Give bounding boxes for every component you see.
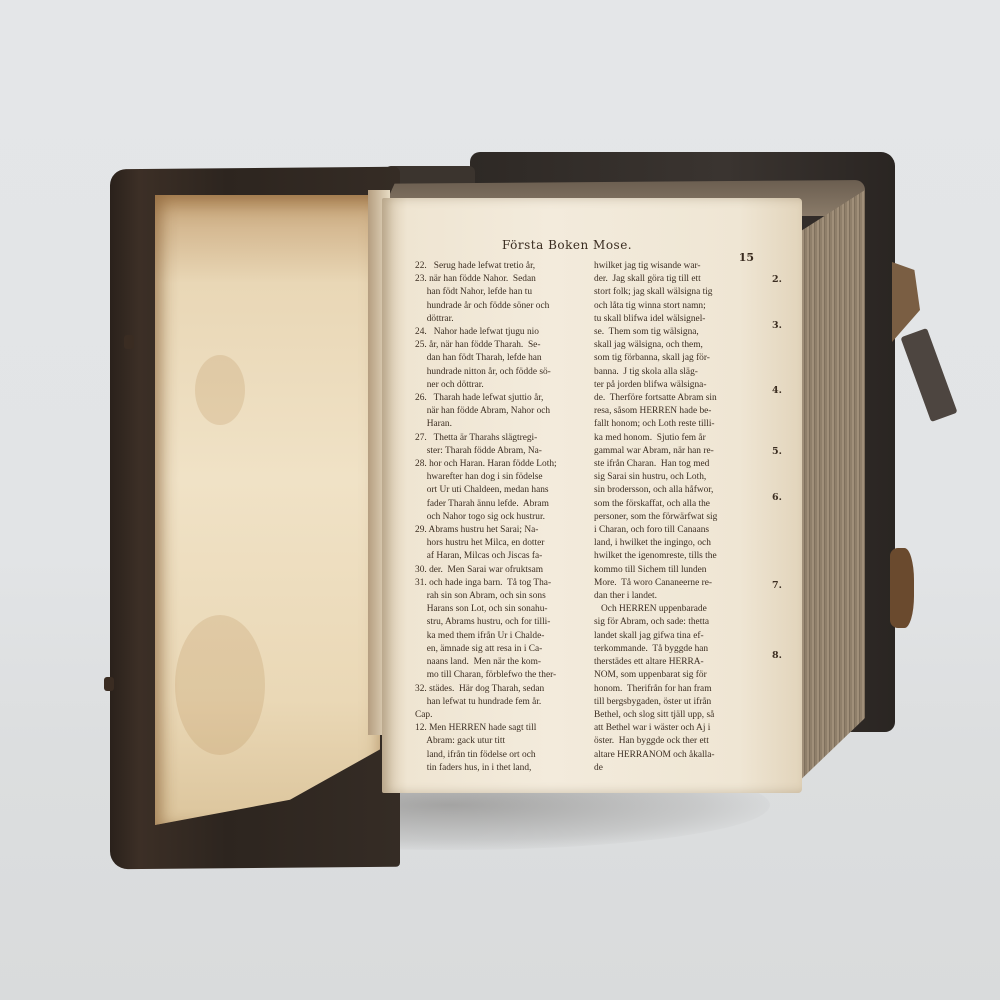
text-line: honom. Therifrån for han fram [594, 683, 769, 696]
text-line: terkommande. Tå byggde han [594, 643, 769, 656]
text-line: 23. när han födde Nahor. Sedan [415, 273, 590, 286]
text-line: land, ifrån tin födelse ort och [415, 749, 590, 762]
front-endpaper [155, 195, 380, 825]
text-line: Abram: gack utur titt [415, 735, 590, 748]
text-line: rah sin son Abram, och sin sons [415, 590, 590, 603]
text-line: Och HERREN uppenbarade [594, 603, 769, 616]
text-line: 26. Tharah hade lefwat sjuttio år, [415, 392, 590, 405]
text-line: 32. städes. Här dog Tharah, sedan [415, 683, 590, 696]
text-line: ster: Tharah födde Abram, Na- [415, 445, 590, 458]
text-line: NOM, som uppenbarat sig för [594, 669, 769, 682]
upper-clasp-tail [900, 328, 957, 422]
text-line: hwilket jag tig wisande war- [594, 260, 769, 273]
text-line: 27. Thetta är Tharahs slägtregi- [415, 432, 590, 445]
text-line: se. Them som tig wälsigna, [594, 326, 769, 339]
text-line: 28. hor och Haran. Haran födde Loth; [415, 458, 590, 471]
hinge-pin-icon [124, 335, 134, 349]
text-line: 12. Men HERREN hade sagt till [415, 722, 590, 735]
text-line: döttrar. [415, 313, 590, 326]
text-line: personer, som the förwärfwat sig [594, 511, 769, 524]
text-line: tu skall blifwa idel wälsignel- [594, 313, 769, 326]
text-line: altare HERRANOM och åkalla- [594, 749, 769, 762]
verse-number: 8. [772, 650, 782, 661]
text-line: i Charan, och foro till Canaans [594, 524, 769, 537]
text-line: sig för Abram, och sade: thetta [594, 616, 769, 629]
text-line: stort folk; jag skall wälsigna tig [594, 286, 769, 299]
text-line: resa, såsom HERREN hade be- [594, 405, 769, 418]
text-line: stru, Abrams hustru, och for tilli- [415, 616, 590, 629]
text-line: naans land. Men när the kom- [415, 656, 590, 669]
text-line: ter på jorden blifwa wälsigna- [594, 379, 769, 392]
text-line: hors hustru het Milca, en dotter [415, 537, 590, 550]
text-line: ka med them ifrån Ur i Chalde- [415, 630, 590, 643]
text-line: 25. år, när han födde Tharah. Se- [415, 339, 590, 352]
text-line: land, i hwilket the ingingo, och [594, 537, 769, 550]
text-line: af Haran, Milcas och Jiscas fa- [415, 550, 590, 563]
text-line: Cap. [415, 709, 590, 722]
text-line: gammal war Abram, när han re- [594, 445, 769, 458]
text-line: tin faders hus, in i thet land, [415, 762, 590, 775]
text-line: och Nahor togo sig ock hustrur. [415, 511, 590, 524]
foxing-stain [175, 615, 265, 755]
running-head: Första Boken Mose. [502, 238, 632, 252]
text-line: hundrade år och födde söner och [415, 300, 590, 313]
text-line: som the förskaffat, och alla the [594, 498, 769, 511]
text-line: Bethel, och slog sitt tjäll upp, så [594, 709, 769, 722]
text-line: fader Tharah ännu lefde. Abram [415, 498, 590, 511]
text-line: banna. J tig skola alla släg- [594, 366, 769, 379]
text-line: ste ifrån Charan. Han tog med [594, 458, 769, 471]
text-line: 22. Serug hade lefwat tretio år, [415, 260, 590, 273]
text-line: landet skall jag gifwa tina ef- [594, 630, 769, 643]
text-line: sig Sarai sin hustru, och Loth, [594, 471, 769, 484]
text-line: Haran. [415, 418, 590, 431]
text-line: han lefwat tu hundrade fem år. [415, 696, 590, 709]
text-line: öster. Han byggde ock ther ett [594, 735, 769, 748]
text-line: fallt honom; och Loth reste tilli- [594, 418, 769, 431]
text-line: hwarefter han dog i sin födelse [415, 471, 590, 484]
right-text-column: hwilket jag tig wisande war-der. Jag ska… [594, 260, 769, 775]
text-line: när han födde Abram, Nahor och [415, 405, 590, 418]
text-line: More. Tå woro Cananeerne re- [594, 577, 769, 590]
text-line: som tig förbanna, skall jag för- [594, 352, 769, 365]
text-line: hundrade nitton år, och födde sö- [415, 366, 590, 379]
text-line: 24. Nahor hade lefwat tjugu nio [415, 326, 590, 339]
text-line: dan han födt Tharah, lefde han [415, 352, 590, 365]
book-page: Första Boken Mose. 15 22. Serug hade lef… [382, 198, 802, 793]
upper-clasp-strap [892, 262, 920, 342]
text-line: 30. der. Men Sarai war ofruktsam [415, 564, 590, 577]
verse-number: 4. [772, 385, 782, 396]
foxing-stain [195, 355, 245, 425]
text-line: kommo till Sichem till lunden [594, 564, 769, 577]
text-line: der. Jag skall göra tig till ett [594, 273, 769, 286]
text-line: 29. Abrams hustru het Sarai; Na- [415, 524, 590, 537]
text-line: ner och döttrar. [415, 379, 590, 392]
left-text-column: 22. Serug hade lefwat tretio år,23. när … [415, 260, 590, 775]
verse-number: 6. [772, 492, 782, 503]
text-line: en, ämnade sig att resa in i Ca- [415, 643, 590, 656]
text-line: hwilket the igenomreste, tills the [594, 550, 769, 563]
text-line: de [594, 762, 769, 775]
verse-number: 5. [772, 446, 782, 457]
text-line: de. Therföre fortsatte Abram sin [594, 392, 769, 405]
text-line: han födt Nahor, lefde han tu [415, 286, 590, 299]
text-line: ka med honom. Sjutio fem år [594, 432, 769, 445]
text-line: dan ther i landet. [594, 590, 769, 603]
lower-clasp-knot [890, 548, 914, 628]
text-line: Harans son Lot, och sin sonahu- [415, 603, 590, 616]
text-line: 31. och hade inga barn. Tå tog Tha- [415, 577, 590, 590]
text-line: till bergsbygaden, öster ut ifrån [594, 696, 769, 709]
verse-number: 7. [772, 580, 782, 591]
verse-number: 2. [772, 274, 782, 285]
text-line: therstädes ett altare HERRA- [594, 656, 769, 669]
hinge-pin-icon [104, 677, 114, 691]
text-line: mo till Charan, förblefwo the ther- [415, 669, 590, 682]
verse-number: 3. [772, 320, 782, 331]
text-line: och låta tig winna stort namn; [594, 300, 769, 313]
text-line: att Bethel war i wäster och Aj i [594, 722, 769, 735]
text-line: ort Ur uti Chaldeen, medan hans [415, 484, 590, 497]
text-line: sin brodersson, och alla håfwor, [594, 484, 769, 497]
text-line: skall jag wälsigna, och them, [594, 339, 769, 352]
